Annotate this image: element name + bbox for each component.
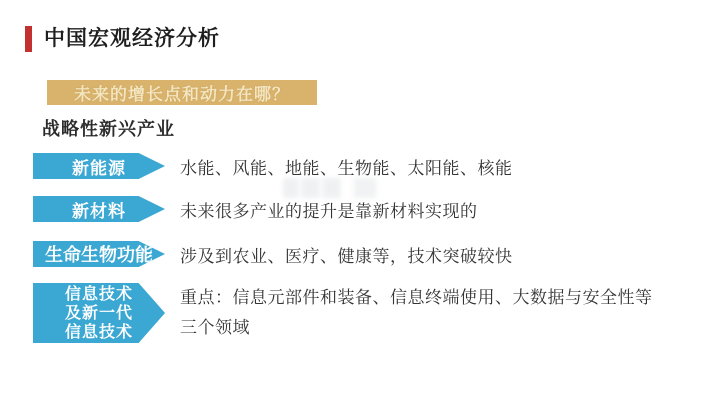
watermark xyxy=(283,178,401,198)
arrow-label-new-materials: 新材料 xyxy=(33,196,165,222)
arrow-label-line-3: 信息技术 xyxy=(65,323,133,342)
industry-desc-new-energy: 水能、风能、地能、生物能、太阳能、核能 xyxy=(180,154,513,179)
desc-line-2: 三个领域 xyxy=(180,313,700,343)
arrow-label-information-tech: 信息技术 及新一代 信息技术 xyxy=(33,283,165,343)
industry-row-life-bio: 生命生物功能 涉及到农业、医疗、健康等，技术突破较快 xyxy=(33,241,513,267)
industry-desc-new-materials: 未来很多产业的提升是靠新材料实现的 xyxy=(180,197,478,222)
industry-row-information-tech: 信息技术 及新一代 信息技术 重点：信息元部件和装备、信息终端使用、大数据与安全… xyxy=(33,283,700,343)
arrow-label-life-bio: 生命生物功能 xyxy=(33,241,165,267)
desc-line-1: 重点：信息元部件和装备、信息终端使用、大数据与安全性等 xyxy=(180,283,700,313)
page-title: 中国宏观经济分析 xyxy=(44,26,220,52)
question-banner: 未来的增长点和动力在哪？ xyxy=(47,80,317,105)
title-accent-bar xyxy=(25,26,32,52)
industry-desc-information-tech: 重点：信息元部件和装备、信息终端使用、大数据与安全性等 三个领域 xyxy=(180,283,700,343)
industry-row-new-energy: 新能源 水能、风能、地能、生物能、太阳能、核能 xyxy=(33,153,513,179)
industry-row-new-materials: 新材料 未来很多产业的提升是靠新材料实现的 xyxy=(33,196,478,222)
slide: 中国宏观经济分析 未来的增长点和动力在哪？ 战略性新兴产业 新能源 水能、风能、… xyxy=(0,0,720,405)
arrow-label-line-1: 信息技术 xyxy=(65,285,133,304)
industry-desc-life-bio: 涉及到农业、医疗、健康等，技术突破较快 xyxy=(180,242,513,267)
question-banner-text: 未来的增长点和动力在哪？ xyxy=(74,80,290,105)
title-row: 中国宏观经济分析 xyxy=(25,26,220,52)
arrow-label-line-2: 及新一代 xyxy=(65,304,133,323)
arrow-label-text: 新材料 xyxy=(72,197,126,222)
section-heading: 战略性新兴产业 xyxy=(42,115,175,141)
arrow-label-new-energy: 新能源 xyxy=(33,153,165,179)
arrow-label-text: 生命生物功能 xyxy=(45,241,153,267)
arrow-label-text: 新能源 xyxy=(72,154,126,179)
